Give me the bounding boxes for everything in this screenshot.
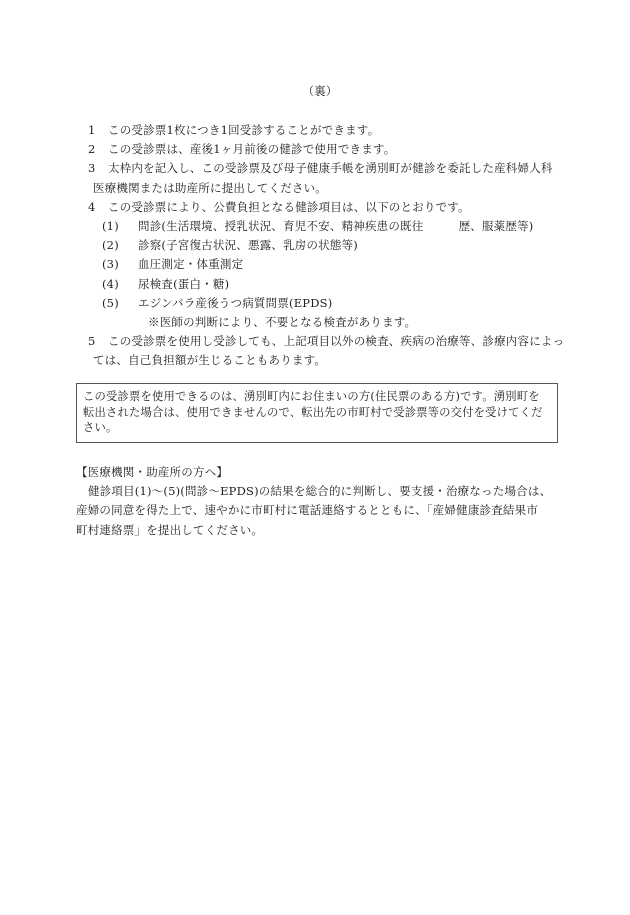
subitem-text: 尿検査(蛋白・糖) [138, 277, 229, 291]
subitem-text: エジンバラ産後うつ病質問票(EPDS) [138, 296, 332, 310]
list-item-4: 4この受診票により、公費負担となる健診項目は、以下のとおりです。 [88, 198, 558, 217]
subitem-number: (5) [102, 294, 138, 313]
residency-notice-box: この受診票を使用できるのは、湧別町内にお住まいの方(住民票のある方)です。湧別町… [76, 383, 558, 443]
list-item-number: 4 [88, 198, 108, 217]
residency-notice-text: この受診票を使用できるのは、湧別町内にお住まいの方(住民票のある方)です。湧別町… [83, 389, 551, 436]
subitem-number: (4) [102, 275, 138, 294]
subitem-number: (3) [102, 255, 138, 274]
list-item-number: 3 [88, 159, 108, 178]
instructions-list: 1この受診票1枚につき1回受診することができます。 2この受診票は、産後1ヶ月前… [88, 121, 558, 370]
page-heading: （裏） [0, 83, 630, 99]
list-item-2: 2この受診票は、産後1ヶ月前後の健診で使用できます。 [88, 140, 558, 159]
provider-section-line-1: 健診項目(1)～(5)(問診～EPDS)の結果を総合的に判断し、要支援・治療なっ… [76, 482, 561, 501]
subitem-text: 診察(子宮復古状況、悪露、乳房の状態等) [138, 238, 358, 252]
subitem-text: 血圧測定・体重測定 [138, 257, 243, 271]
list-item-text: この受診票は、産後1ヶ月前後の健診で使用できます。 [108, 142, 395, 156]
list-item-number: 1 [88, 121, 108, 140]
page-heading-text: （裏） [302, 84, 337, 98]
list-item-5: 5この受診票を使用し受診しても、上記項目以外の検査、疾病の治療等、診療内容によっ [88, 332, 558, 351]
provider-section-line-3: 町村連絡票」を提出してください。 [76, 521, 561, 540]
subitem-5: (5)エジンバラ産後うつ病質問票(EPDS) [88, 294, 558, 313]
list-item-text: この受診票を使用し受診しても、上記項目以外の検査、疾病の治療等、診療内容によっ [108, 334, 564, 348]
provider-section-line-2: 産婦の同意を得た上で、速やかに市町村に電話連絡するとともに、「産婦健康診査結果市 [76, 501, 561, 520]
subitem-4: (4)尿検査(蛋白・糖) [88, 275, 558, 294]
list-item-3-continuation: 医療機関または助産所に提出してください。 [88, 179, 558, 198]
list-item-text: この受診票により、公費負担となる健診項目は、以下のとおりです。 [108, 200, 470, 214]
provider-section: 【医療機関・助産所の方へ】 健診項目(1)～(5)(問診～EPDS)の結果を総合… [76, 463, 561, 540]
subitem-number: (2) [102, 236, 138, 255]
list-item-text: 太枠内を記入し、この受診票及び母子健康手帳を湧別町が健診を委託した産科婦人科 [108, 161, 553, 175]
subitem-text: 問診(生活環境、授乳状況、育児不安、精神疾患の既往 歴、服薬歴等) [138, 219, 533, 233]
subitem-3: (3)血圧測定・体重測定 [88, 255, 558, 274]
subitem-number: (1) [102, 217, 138, 236]
subitem-1: (1)問診(生活環境、授乳状況、育児不安、精神疾患の既往 歴、服薬歴等) [88, 217, 558, 236]
subitem-2: (2)診察(子宮復古状況、悪露、乳房の状態等) [88, 236, 558, 255]
list-item-number: 2 [88, 140, 108, 159]
subitem-note: ※医師の判断により、不要となる検査があります。 [88, 313, 558, 332]
list-item-text: この受診票1枚につき1回受診することができます。 [108, 123, 379, 137]
list-item-5-continuation: ては、自己負担額が生じることもあります。 [88, 351, 558, 370]
list-item-number: 5 [88, 332, 108, 351]
list-item-3: 3太枠内を記入し、この受診票及び母子健康手帳を湧別町が健診を委託した産科婦人科 [88, 159, 558, 178]
list-item-1: 1この受診票1枚につき1回受診することができます。 [88, 121, 558, 140]
provider-section-title: 【医療機関・助産所の方へ】 [76, 463, 561, 482]
